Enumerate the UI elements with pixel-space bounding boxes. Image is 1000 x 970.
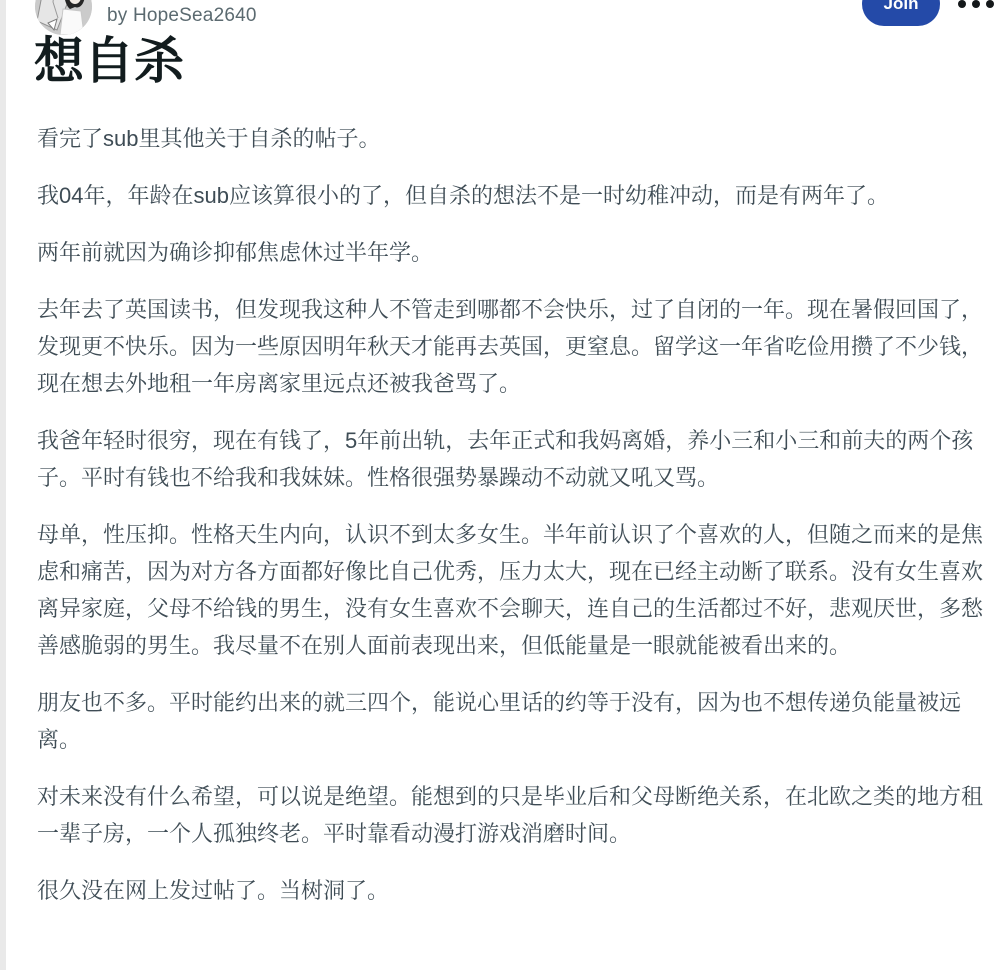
post-title: 想自杀: [34, 30, 184, 92]
post-paragraph-2: 我04年，年龄在sub应该算很小的了，但自杀的想法不是一时幼稚冲动，而是有两年了…: [37, 177, 989, 214]
post-paragraph-7: 朋友也不多。平时能约出来的就三四个，能说心里话的约等于没有，因为也不想传递负能量…: [37, 684, 989, 758]
post-paragraph-9: 很久没在网上发过帖了。当树洞了。: [37, 872, 989, 909]
post-paragraph-6: 母单，性压抑。性格天生内向，认识不到太多女生。半年前认识了个喜欢的人，但随之而来…: [37, 516, 989, 664]
reddit-post-page: { "header": { "byline": "by HopeSea2640"…: [0, 0, 1000, 970]
post-paragraph-5: 我爸年轻时很穷，现在有钱了，5年前出轨，去年正式和我妈离婚，养小三和小三和前夫的…: [37, 422, 989, 496]
post-paragraph-1: 看完了sub里其他关于自杀的帖子。: [37, 120, 989, 157]
ellipsis-icon: [986, 0, 994, 8]
join-button[interactable]: Join: [862, 0, 940, 26]
ellipsis-icon: [972, 0, 980, 8]
post-byline[interactable]: by HopeSea2640: [107, 4, 257, 27]
window-left-edge: [0, 0, 6, 970]
post-paragraph-4: 去年去了英国读书，但发现我这种人不管走到哪都不会快乐，过了自闭的一年。现在暑假回…: [37, 291, 989, 402]
post-body: 看完了sub里其他关于自杀的帖子。 我04年，年龄在sub应该算很小的了，但自杀…: [37, 120, 989, 929]
post-paragraph-8: 对未来没有什么希望，可以说是绝望。能想到的只是毕业后和父母断绝关系，在北欧之类的…: [37, 778, 989, 852]
ellipsis-icon: [958, 0, 966, 8]
post-paragraph-3: 两年前就因为确诊抑郁焦虑休过半年学。: [37, 234, 989, 271]
join-button-label: Join: [884, 0, 919, 14]
more-options-button[interactable]: [958, 0, 998, 18]
